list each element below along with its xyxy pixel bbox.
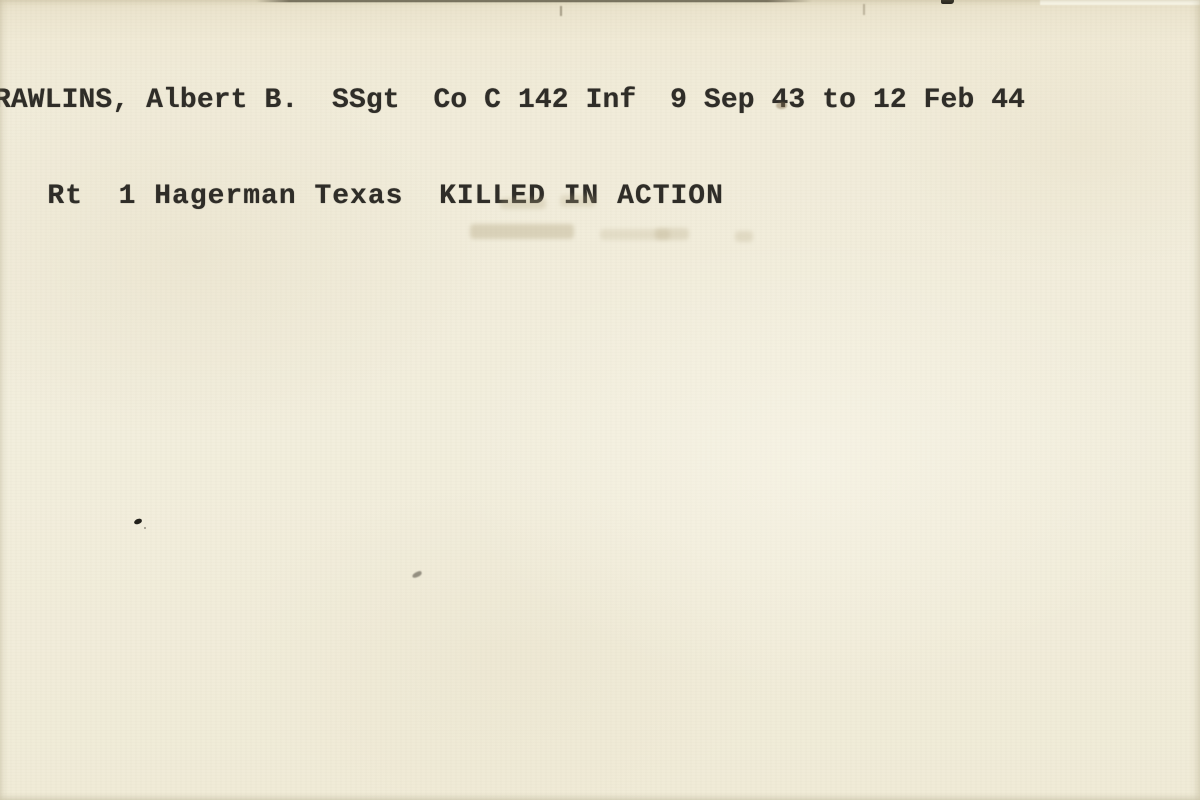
ink-speck [133, 518, 142, 525]
paper-stain-speck [776, 102, 787, 109]
ink-speck [144, 527, 146, 529]
scan-edge-tick-mark [560, 6, 562, 16]
bleedthrough-smudge [560, 195, 596, 207]
card-line-name-rank-unit-dates: RAWLINS, Albert B. SSgt Co C 142 Inf 9 S… [0, 84, 1025, 118]
bleedthrough-smudge [500, 198, 546, 209]
scan-edge-dark-line [256, 0, 812, 2]
bleedthrough-smudge [655, 228, 689, 240]
scan-edge-pale-strip [1040, 0, 1200, 5]
bleedthrough-smudge [735, 231, 753, 242]
bleedthrough-smudge [470, 224, 574, 239]
scan-edge-tick-mark [863, 4, 865, 15]
scanned-index-card: RAWLINS, Albert B. SSgt Co C 142 Inf 9 S… [0, 0, 1200, 800]
scan-edge-ink-dash [941, 0, 954, 4]
ink-speck [411, 570, 422, 578]
